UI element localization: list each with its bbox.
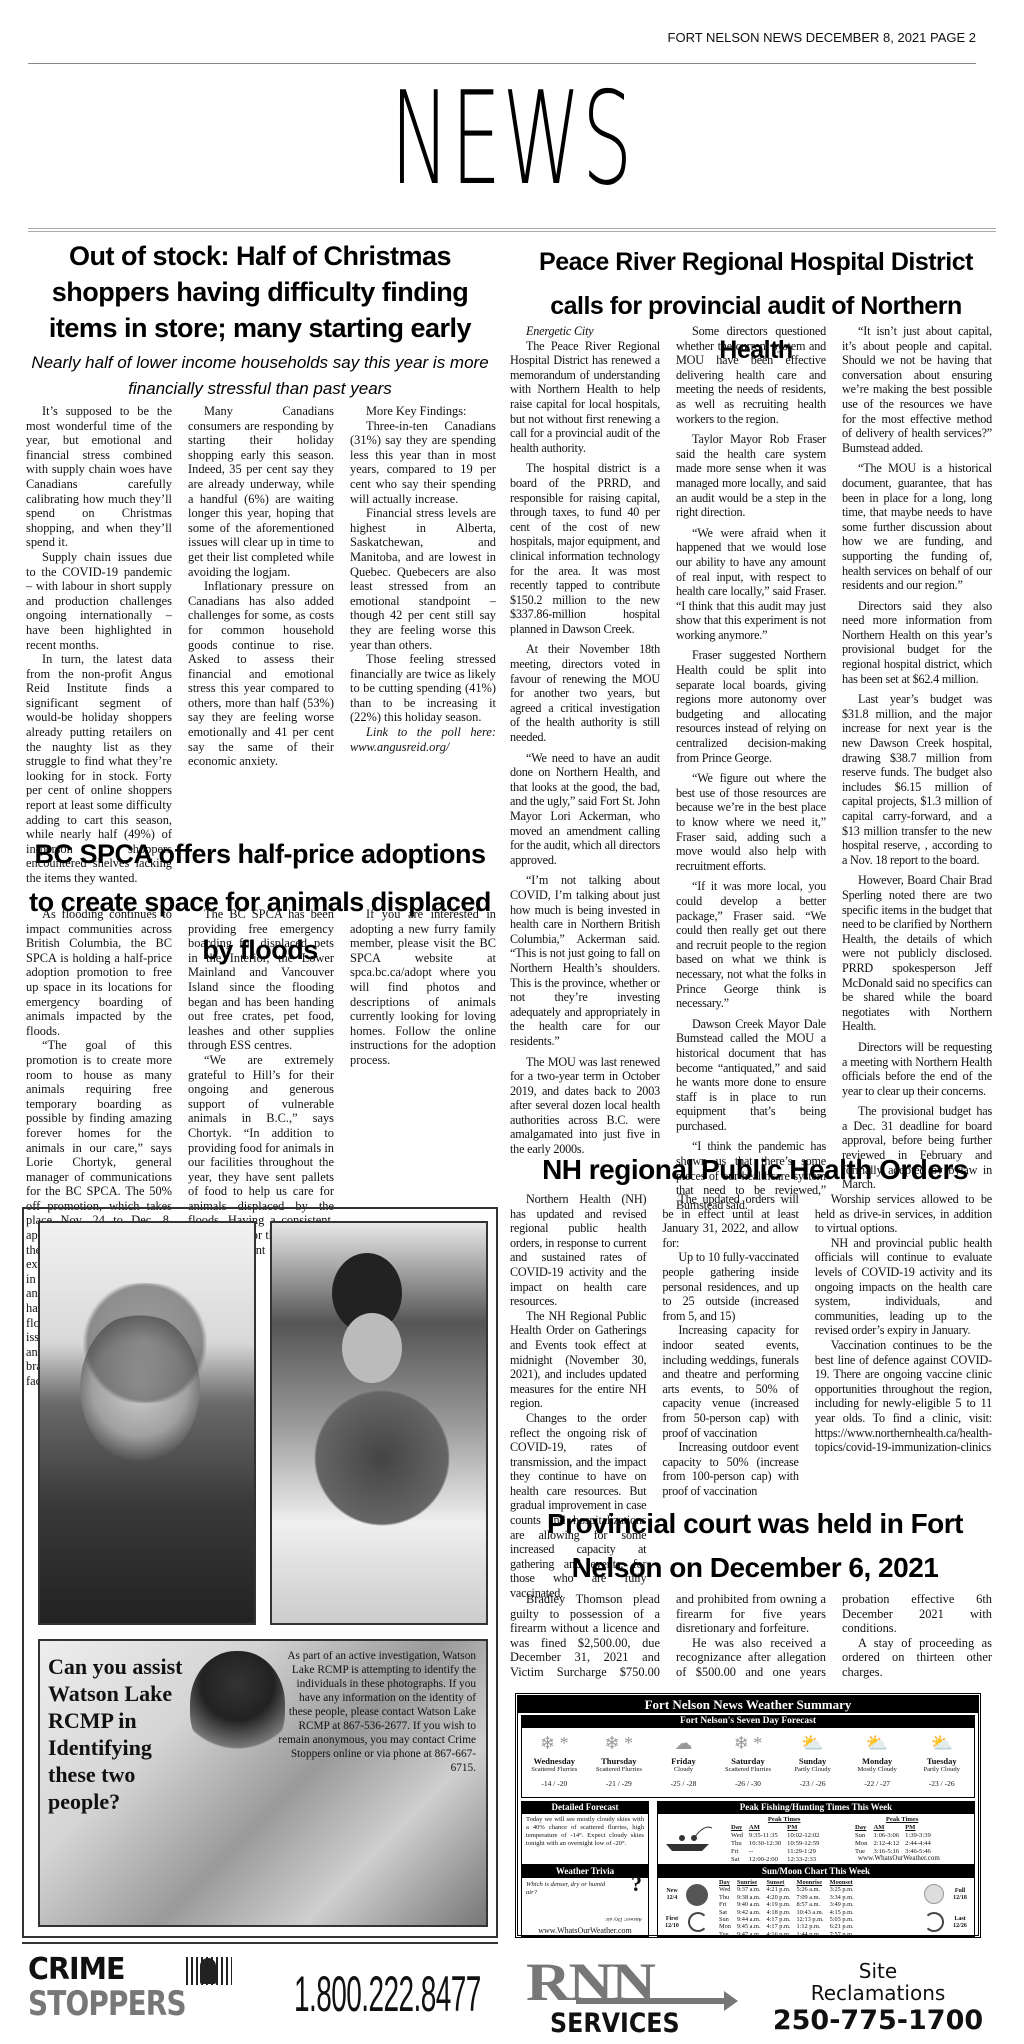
paragraph: “If it was more local, you could develop… — [676, 879, 826, 1010]
suspect-photo-man-sledding — [270, 1221, 488, 1625]
suspect-photo-woman — [38, 1221, 256, 1625]
paragraph: Supply chain issues due to the COVID-19 … — [26, 550, 172, 652]
paragraph: At their November 18th meeting, director… — [510, 642, 660, 744]
trivia-answer: Answer: Dry air. — [605, 1915, 642, 1923]
forecast-day: ❄ *SaturdayScattered Flurries-26 / -30 — [716, 1728, 781, 1797]
crime-stoppers-ad[interactable]: CRIME STOPPERS — [28, 1954, 288, 2026]
paragraph: A stay of proceeding as ordered on thirt… — [842, 1636, 992, 1680]
rcmp-info-text: As part of an active investigation, Wats… — [276, 1649, 476, 1775]
paragraph: Increasing outdoor event capacity to 50%… — [662, 1440, 798, 1498]
headline-nh-orders: NH regional Public Health Orders — [510, 1150, 1000, 1190]
moon-full-label: Full 12/18 — [949, 1888, 971, 1902]
weather-site-link[interactable]: www.WhatsOurWeather.com — [858, 1854, 940, 1862]
paragraph: More Key Findings: — [350, 404, 496, 419]
paragraph: The updated orders will be in effect unt… — [662, 1192, 798, 1250]
paragraph: The Peace River Regional Hospital Distri… — [510, 339, 660, 456]
fishing-times: Peak Times DayAMPM Wed9:35-11:3510:02-12… — [657, 1813, 975, 1865]
snow-icon: ❄ * — [587, 1730, 652, 1756]
weather-site-link[interactable]: www.WhatsOurWeather.com — [522, 1927, 648, 1935]
paragraph: Last year’s budget was $31.8 million, an… — [842, 692, 992, 867]
detailed-forecast-text: Today we will see mostly cloudy skies wi… — [521, 1813, 649, 1865]
article-shopping-body: It’s supposed to be the most wonderful t… — [26, 404, 496, 886]
crime-stoppers-logo-bottom: STOPPERS — [28, 1986, 241, 2022]
divider — [22, 1942, 498, 1944]
snow-icon: ❄ * — [522, 1730, 587, 1756]
full-moon-icon — [924, 1884, 944, 1904]
paragraph: Dawson Creek Mayor Dale Bumstead called … — [676, 1017, 826, 1134]
paragraph: However, Board Chair Brad Sperling noted… — [842, 873, 992, 1034]
byline: Energetic City — [510, 324, 660, 339]
article-hospital-body: Energetic City The Peace River Regional … — [510, 324, 992, 1212]
forecast-day: ❄ *ThursdayScattered Flurries-21 / -29 — [587, 1728, 652, 1797]
paragraph: The NH Regional Public Health Order on G… — [510, 1309, 646, 1411]
paragraph: Financial stress levels are highest in A… — [350, 506, 496, 652]
paragraph: The hospital district is a board of the … — [510, 461, 660, 636]
cloud-icon: ☁ — [651, 1730, 716, 1756]
headline-shopping: Out of stock: Half of Christmas shoppers… — [22, 238, 498, 346]
paragraph: Up to 10 fully-vaccinated people gatheri… — [662, 1250, 798, 1323]
rcmp-photo-notice: Can you assist Watson Lake RCMP in Ident… — [22, 1207, 498, 1938]
paragraph: The MOU was last renewed for a two-year … — [510, 1055, 660, 1157]
partly-cloudy-icon: ⛅ — [780, 1730, 845, 1756]
ad-line: Site — [768, 1960, 988, 1982]
paragraph: Worship services allowed to be held as d… — [815, 1192, 992, 1236]
photo-figure — [190, 1651, 285, 1761]
forecast-day: ❄ *WednesdayScattered Flurries-14 / -20 — [522, 1728, 587, 1797]
detailed-forecast-title: Detailed Forecast — [521, 1801, 649, 1813]
suspect-photo-man-table: Can you assist Watson Lake RCMP in Ident… — [38, 1639, 488, 1927]
paragraph: “We figure out where the best use of tho… — [676, 771, 826, 873]
forecast-day: ⛅SundayPartly Cloudy-23 / -26 — [780, 1728, 845, 1797]
paragraph: Vaccination continues to be the best lin… — [815, 1338, 992, 1455]
paragraph: Directors said they also need more infor… — [842, 599, 992, 687]
new-moon-icon — [686, 1884, 708, 1906]
paragraph: Northern Health (NH) has updated and rev… — [510, 1192, 646, 1309]
first-quarter-moon-icon — [688, 1912, 708, 1932]
fishing-table-right: Peak Times DayAMPM Sun1:06-3:061:39-3:39… — [852, 1816, 934, 1856]
forecast-day: ⛅MondayMostly Cloudy-22 / -27 — [845, 1728, 910, 1797]
fishing-table-left: Peak Times DayAMPM Wed9:35-11:3510:02-12… — [728, 1816, 822, 1864]
deck-shopping: Nearly half of lower income households s… — [22, 350, 498, 402]
crime-stoppers-phone: 1.800.222.8477 — [294, 1966, 481, 2022]
trivia-question: Which is denser, dry or humid air? — [526, 1881, 606, 1897]
paragraph: “The MOU is a historical document, guara… — [842, 461, 992, 592]
paragraph: “We were afraid when it happened that we… — [676, 526, 826, 643]
rnn-services-ad[interactable]: RNN SERVICES — [526, 1958, 756, 2044]
paragraph: Directors will be requesting a meeting w… — [842, 1040, 992, 1098]
weather-title: Fort Nelson News Weather Summary — [518, 1696, 978, 1713]
snow-icon: ❄ * — [716, 1730, 781, 1756]
paragraph: Increasing capacity for indoor seated ev… — [662, 1323, 798, 1440]
paragraph: If you are interested in adopting a new … — [350, 907, 496, 1068]
rnn-services-label: SERVICES — [550, 2008, 680, 2040]
headline-court: Provincial court was held in Fort Nelson… — [510, 1502, 1000, 1590]
paragraph: Many Canadians consumers are responding … — [188, 404, 334, 579]
moon-new-label: New 12/4 — [661, 1888, 683, 1902]
page-folio: FORT NELSON NEWS DECEMBER 8, 2021 PAGE 2 — [668, 30, 976, 45]
weather-trivia-title: Weather Trivia — [521, 1865, 649, 1877]
paragraph: As flooding continues to impact communit… — [26, 907, 172, 1038]
paragraph: NH and provincial public health official… — [815, 1236, 992, 1338]
sun-moon-table: DaySunriseSunsetMoonriseMoonset Wed9:37 … — [716, 1879, 857, 1938]
person-silhouette-icon — [200, 1958, 216, 1984]
paragraph: Fraser suggested Northern Health could b… — [676, 648, 826, 765]
poll-link[interactable]: Link to the poll here: www.angusreid.org… — [350, 725, 496, 754]
fishing-boat-icon — [664, 1824, 714, 1854]
paragraph: It’s supposed to be the most wonderful t… — [26, 404, 172, 550]
seven-day-forecast: ❄ *WednesdayScattered Flurries-14 / -20 … — [521, 1728, 975, 1798]
partly-cloudy-icon: ⛅ — [909, 1730, 974, 1756]
moon-first-label: First 12/10 — [661, 1916, 683, 1930]
paragraph: “We need to have an audit done on Northe… — [510, 751, 660, 868]
question-mark-icon: ? — [631, 1880, 642, 1888]
mostly-cloudy-icon: ⛅ — [845, 1730, 910, 1756]
arrow-right-icon — [576, 1998, 726, 2004]
paragraph: Inflationary pressure on Canadians has a… — [188, 579, 334, 769]
article-court-body: Bradley Thomson plead guilty to possessi… — [510, 1592, 992, 1680]
sunmoon-title: Sun/Moon Chart This Week — [657, 1865, 975, 1877]
last-quarter-moon-icon — [924, 1912, 944, 1932]
ad-line: Reclamations — [768, 1982, 988, 2004]
ad-phone: 250-775-1700 — [768, 2004, 988, 2038]
rcmp-question: Can you assist Watson Lake RCMP in Ident… — [48, 1653, 188, 1815]
weather-summary: Fort Nelson News Weather Summary Fort Ne… — [515, 1693, 981, 1938]
divider — [28, 228, 996, 232]
site-reclamations-ad[interactable]: Site Reclamations 250-775-1700 — [768, 1960, 988, 2038]
forecast-day: ⛅TuesdayPartly Cloudy-23 / -26 — [909, 1728, 974, 1797]
sun-moon-chart: New 12/4 First 12/10 DaySunriseSunsetMoo… — [657, 1877, 975, 1937]
paragraph: The BC SPCA has been providing free emer… — [188, 907, 334, 1053]
paragraph: “It isn’t just about capital, it’s about… — [842, 324, 992, 455]
paragraph: Taylor Mayor Rob Fraser said the health … — [676, 432, 826, 520]
weather-trivia: Which is denser, dry or humid air? ? Ans… — [521, 1877, 649, 1937]
paragraph: Those feeling stressed financially are t… — [350, 652, 496, 725]
paragraph: Three-in-ten Canadians (31%) say they ar… — [350, 419, 496, 507]
crime-stoppers-logo-top: CRIME — [28, 1954, 275, 1986]
forecast-title: Fort Nelson's Seven Day Forecast — [521, 1715, 975, 1728]
paragraph: “I’m not talking about COVID, I’m talkin… — [510, 873, 660, 1048]
fishing-title: Peak Fishing/Hunting Times This Week — [657, 1801, 975, 1813]
paragraph: Some directors questioned whether the cu… — [676, 324, 826, 426]
moon-last-label: Last 12/26 — [949, 1916, 971, 1930]
forecast-day: ☁FridayCloudy-25 / -28 — [651, 1728, 716, 1797]
section-masthead: NEWS — [195, 60, 830, 220]
